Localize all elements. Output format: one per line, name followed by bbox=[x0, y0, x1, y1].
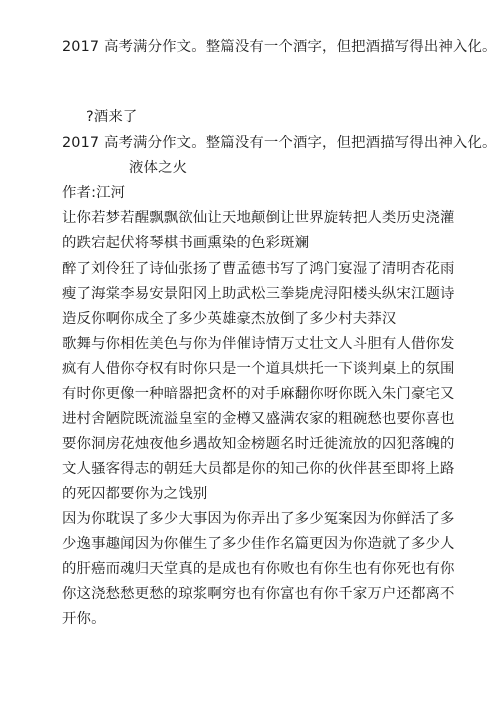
body-line: 因为你耽误了多少大事因为你弄出了多少冤案因为你鲜活了多 bbox=[62, 510, 455, 528]
body-line: 瘦了海棠李易安景阳冈上助武松三拳毙虎浔阳楼头纵宋江题诗 bbox=[62, 285, 455, 303]
body-line: 造反你啊你成全了多少英雄豪杰放倒了多少村夫莽汉 bbox=[62, 310, 396, 328]
body-line: 开你。 bbox=[62, 610, 106, 628]
author-line: 作者:江河 bbox=[62, 184, 125, 202]
body-line: 疯有人借你夺权有时你只是一个道具烘托一下谈判桌上的氛围 bbox=[62, 360, 455, 378]
body-line: 歌舞与你相佐美色与你为伴催诗情万丈壮文人斗胆有人借你发 bbox=[62, 335, 455, 353]
body-line: 让你若梦若醒飘飘欲仙让天地颠倒让世界旋转把人类历史浇灌 bbox=[62, 209, 455, 227]
document-page: 2017 高考满分作文。整篇没有一个酒字，但把酒描写得出神入化。 ?酒来了 20… bbox=[0, 0, 496, 702]
repeat-header-line: 2017 高考满分作文。整篇没有一个酒字，但把酒描写得出神入化。 bbox=[62, 134, 496, 152]
body-line: 进村舍陋院既流溢皇室的金樽又盛满农家的粗碗愁也要你喜也 bbox=[62, 410, 455, 428]
body-line: 少逸事趣闻因为你催生了多少佳作名篇更因为你造就了多少人 bbox=[62, 535, 455, 553]
body-line: 的跌宕起伏将琴棋书画熏染的色彩斑斓 bbox=[62, 234, 309, 252]
body-line: 文人骚客得志的朝廷大员都是你的知己你的伙伴甚至即将上路 bbox=[62, 460, 455, 478]
body-line: 要你洞房花烛夜他乡遇故知金榜题名时迁徙流放的囚犯落魄的 bbox=[62, 435, 455, 453]
body-line: 醉了刘伶狂了诗仙张扬了曹孟德书写了鸿门宴湿了清明杏花雨 bbox=[62, 260, 455, 278]
article-title: 液体之火 bbox=[129, 159, 187, 177]
body-line: 的肝癌而魂归天堂真的是成也有你败也有你生也有你死也有你 bbox=[62, 560, 455, 578]
header-line: 2017 高考满分作文。整篇没有一个酒字，但把酒描写得出神入化。 bbox=[62, 38, 496, 56]
subheading: ?酒来了 bbox=[86, 108, 137, 126]
body-line: 的死囚都要你为之饯别 bbox=[62, 485, 207, 503]
body-line: 有时你更像一种暗器把贪杯的对手麻翻你呀你既入朱门豪宅又 bbox=[62, 385, 455, 403]
body-line: 你这浇愁愁更愁的琼浆啊穷也有你富也有你千家万户还都离不 bbox=[62, 585, 455, 603]
